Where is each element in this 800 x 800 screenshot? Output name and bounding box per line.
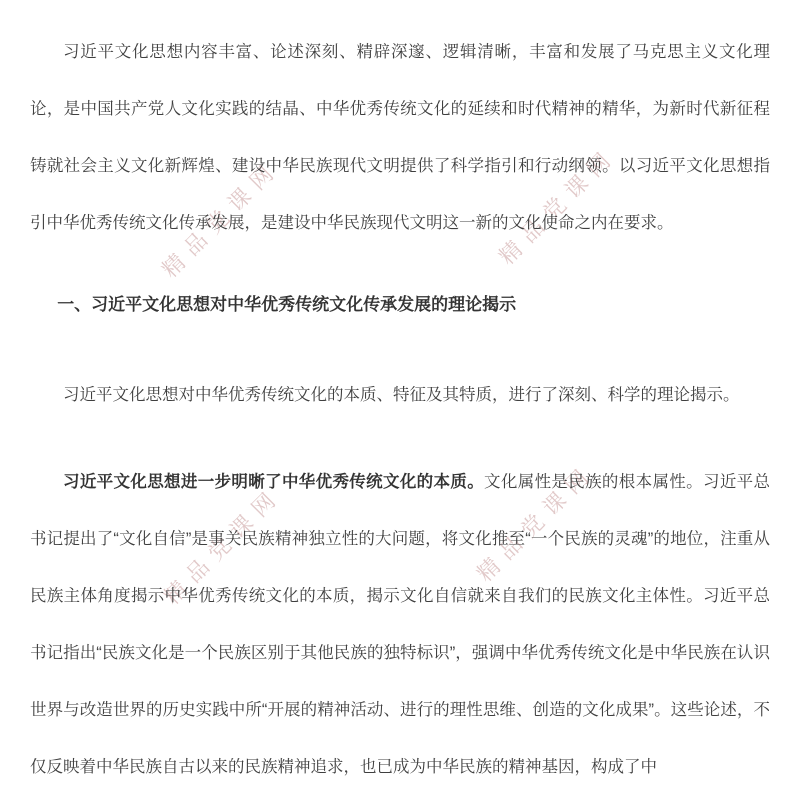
document-page: 精品党课网 精品党课网 精品党课网 精品党课网 习近平文化思想内容丰富、论述深刻… <box>0 0 800 800</box>
paragraph-body-text: 文化属性是民族的根本属性。习近平总书记提出了“文化自信”是事关民族精神独立性的大… <box>30 473 770 776</box>
intro-paragraph: 习近平文化思想内容丰富、论述深刻、精辟深邃、逻辑清晰，丰富和发展了马克思主义文化… <box>30 24 770 252</box>
document-content: 习近平文化思想内容丰富、论述深刻、精辟深邃、逻辑清晰，丰富和发展了马克思主义文化… <box>0 0 800 796</box>
section-heading: 一、习近平文化思想对中华优秀传统文化传承发展的理论揭示 <box>30 276 770 333</box>
paragraph-bold-lead: 习近平文化思想进一步明晰了中华优秀传统文化的本质。 <box>63 473 484 491</box>
body-paragraph: 习近平文化思想进一步明晰了中华优秀传统文化的本质。文化属性是民族的根本属性。习近… <box>30 454 770 796</box>
section-lead-paragraph: 习近平文化思想对中华优秀传统文化的本质、特征及其特质，进行了深刻、科学的理论揭示… <box>30 367 770 424</box>
